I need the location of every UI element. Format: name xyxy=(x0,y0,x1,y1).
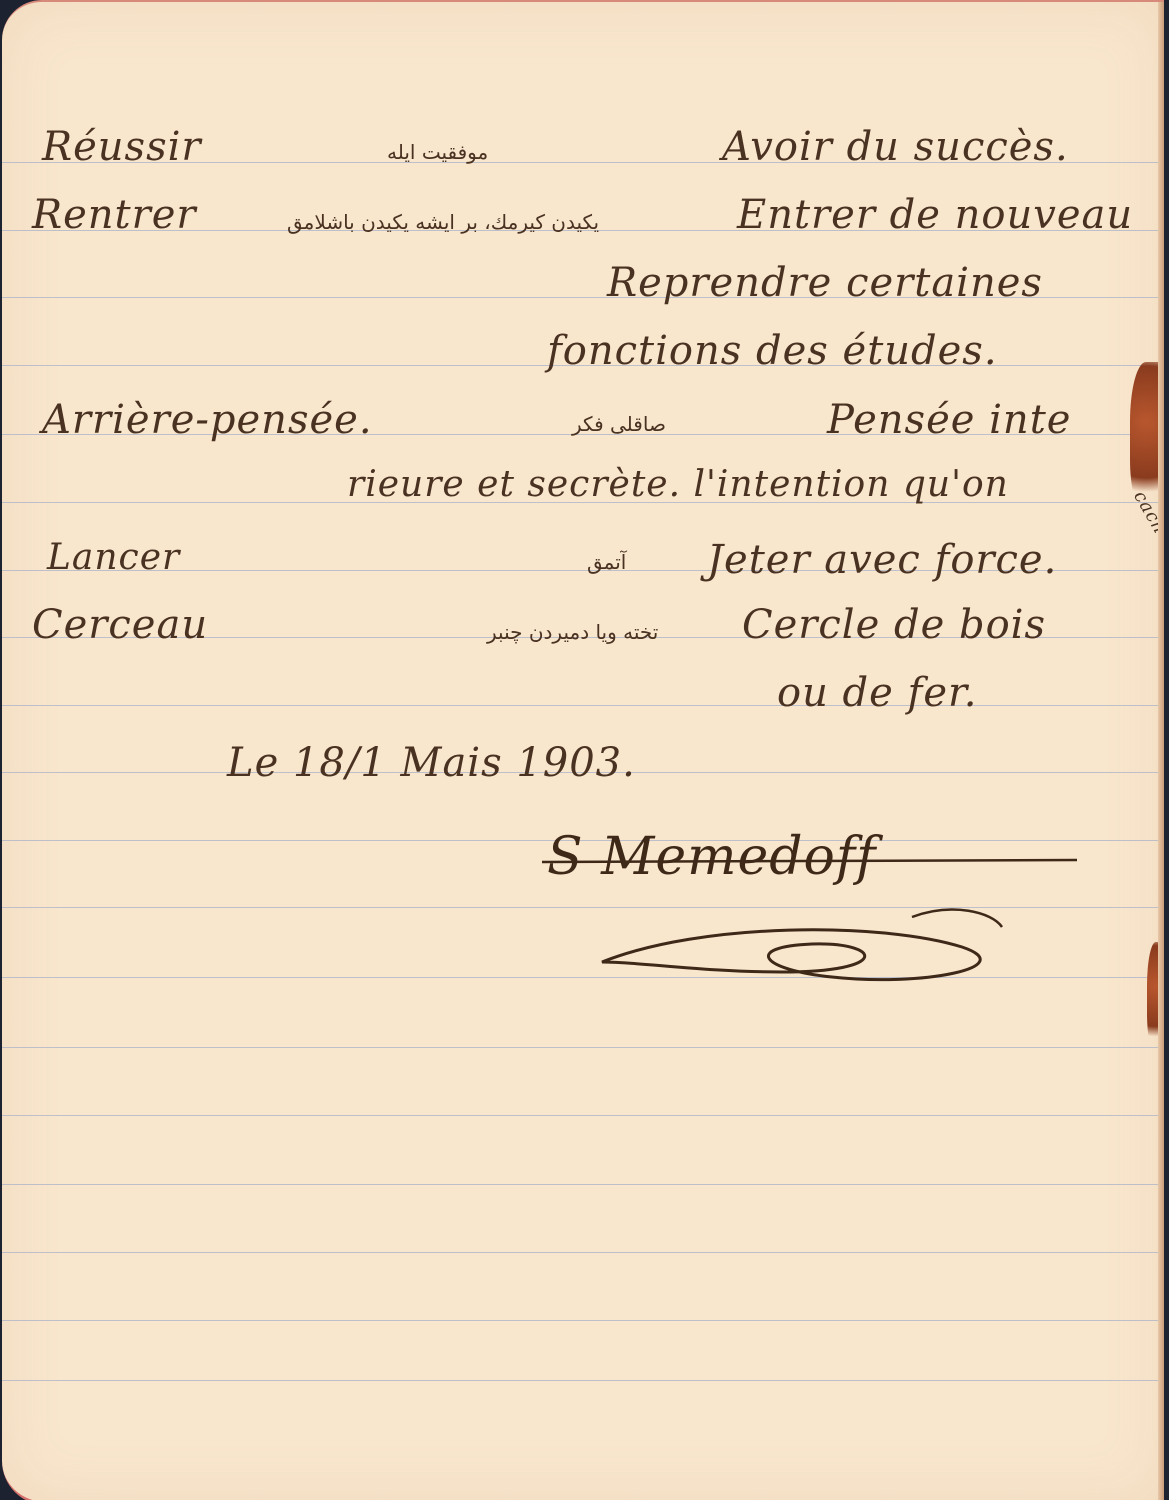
entry-term: Cerceau xyxy=(32,602,208,648)
entry-definition: Jeter avec force. xyxy=(707,537,1057,583)
entry-definition-cont: cache. xyxy=(1129,487,1164,554)
entry-term: Arrière-pensée. xyxy=(42,397,373,443)
entry-definition-cont: ou de fer. xyxy=(777,670,977,716)
entry-definition: Pensée inte xyxy=(827,397,1071,443)
signature-underline-icon xyxy=(542,852,1082,872)
entry-translation: تخته ويا دميردن چنبر xyxy=(487,620,658,644)
entry-term: Réussir xyxy=(42,124,202,170)
entry-definition: Entrer de nouveau xyxy=(737,192,1133,238)
ruled-line xyxy=(2,1320,1164,1321)
notebook-page: Réussir موفقيت ايله Avoir du succès. Ren… xyxy=(2,0,1164,1500)
ruled-line xyxy=(2,1115,1164,1116)
entry-translation: يكيدن كيرمك، بر ايشه يكيدن باشلامق xyxy=(287,210,599,234)
date-line: Le 18/1 Mais 1903. xyxy=(227,740,636,786)
ruled-line xyxy=(2,1047,1164,1048)
stain xyxy=(1147,942,1164,1052)
entry-definition: Avoir du succès. xyxy=(722,124,1069,170)
entry-term: Lancer xyxy=(47,537,180,578)
entry-translation: آتمق xyxy=(587,550,626,574)
entry-translation: موفقيت ايله xyxy=(387,140,488,164)
ruled-line xyxy=(2,1184,1164,1185)
entry-definition: Cercle de bois xyxy=(742,602,1046,648)
ruled-line xyxy=(2,1252,1164,1253)
entry-translation: صاقلى فكر xyxy=(572,412,666,436)
ruled-line xyxy=(2,1380,1164,1381)
entry-term: Rentrer xyxy=(32,192,197,238)
entry-definition-cont: Reprendre certaines xyxy=(607,260,1043,306)
entry-definition-cont: rieure et secrète. l'intention qu'on xyxy=(347,464,1009,505)
signature-flourish-icon xyxy=(582,902,1042,1002)
entry-definition-cont: fonctions des études. xyxy=(547,328,998,374)
ruled-line xyxy=(2,705,1164,706)
